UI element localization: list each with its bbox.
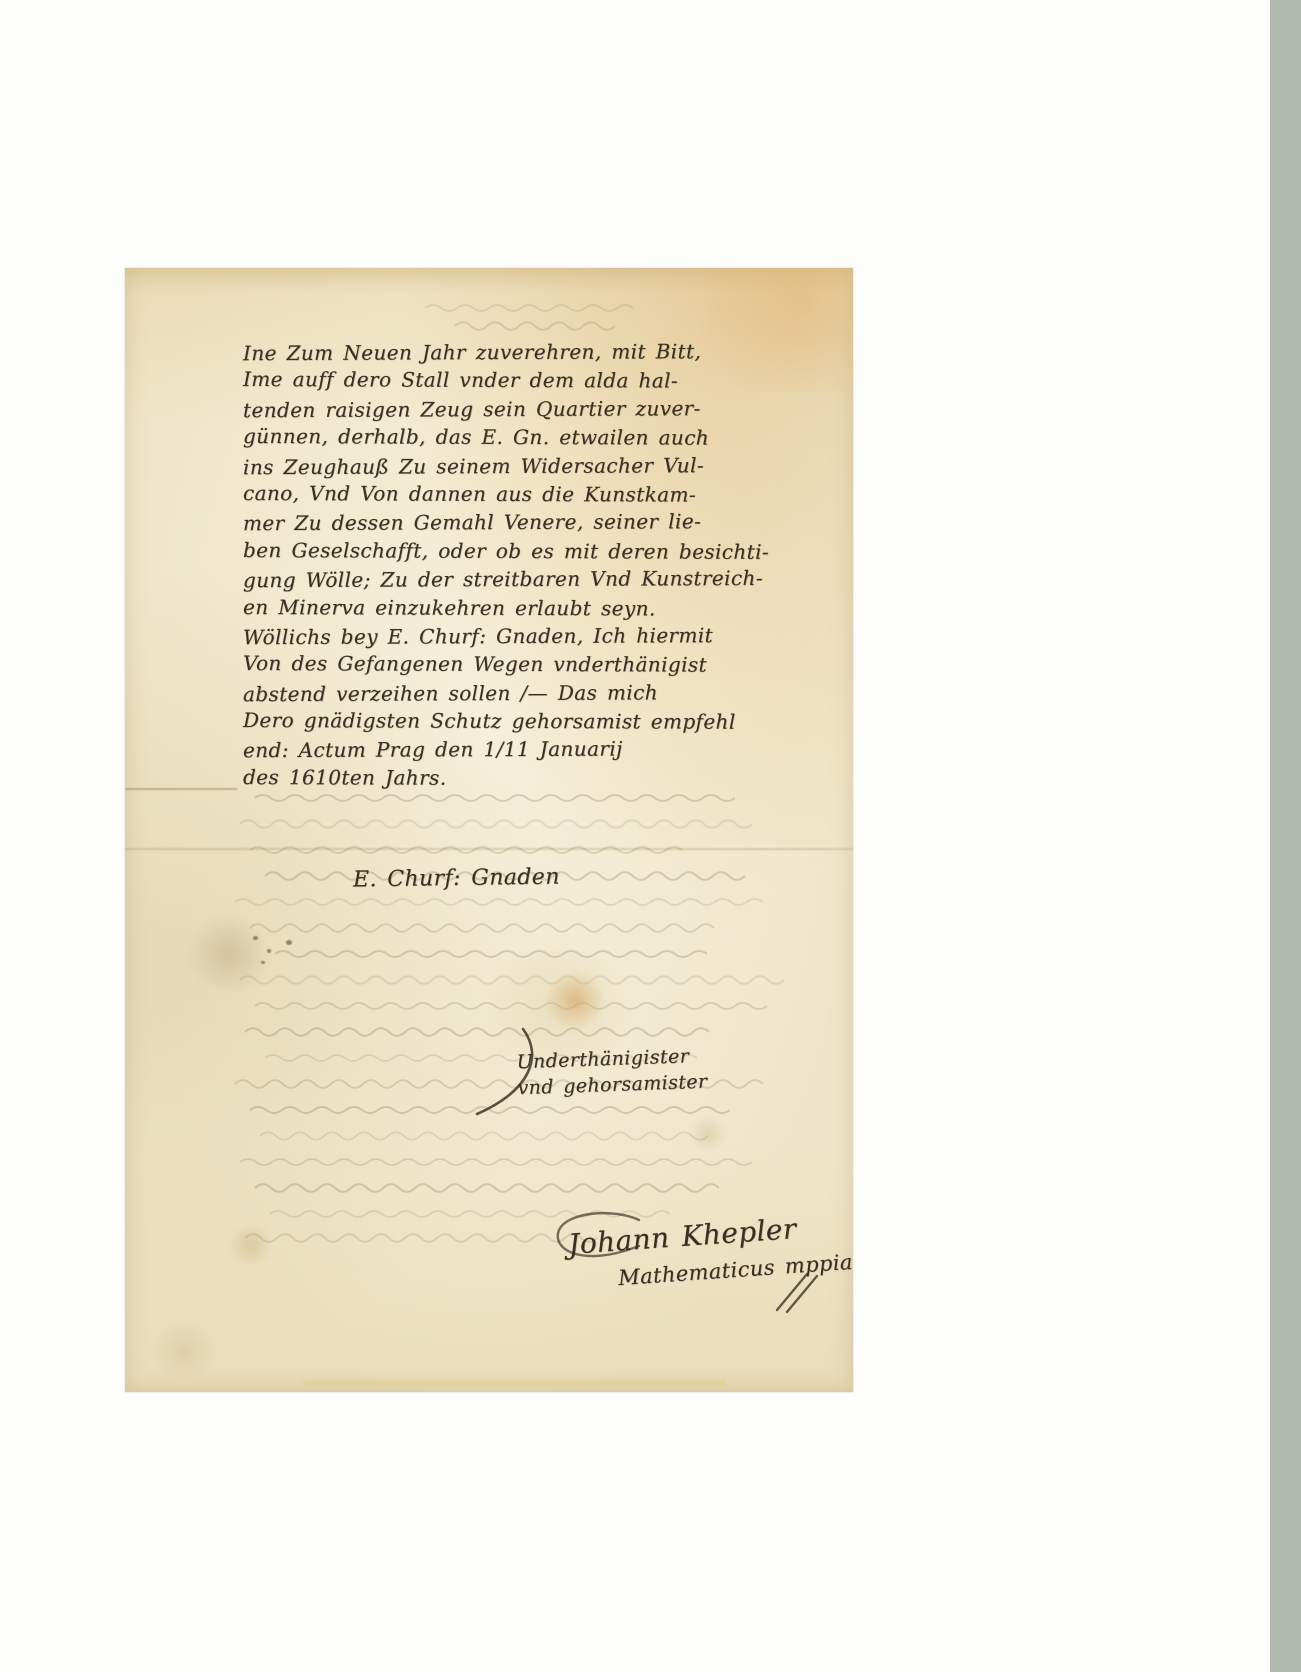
- text-line: cano, Vnd Von dannen aus die Kunstkam-: [243, 479, 803, 509]
- stain-top-edge: [125, 268, 853, 294]
- ink-speck: [261, 961, 265, 964]
- text-line: gung Wölle; Zu der streitbaren Vnd Kunst…: [243, 564, 803, 595]
- ink-speck: [267, 949, 271, 953]
- text-line: abstend verzeihen sollen /— Das mich: [243, 677, 803, 708]
- text-line: Ime auff dero Stall vnder dem alda hal-: [243, 365, 803, 395]
- text-line: Ine Zum Neuen Jahr zuverehren, mit Bitt,: [243, 337, 803, 368]
- stain-bottom-edge-line: [303, 1380, 727, 1385]
- closing-line: E. Churf: Gnaden: [353, 865, 560, 893]
- stain-lower-left: [227, 1226, 275, 1264]
- stain-foxing-spot: [543, 972, 607, 1028]
- ink-speck: [253, 936, 258, 940]
- fold-crease-left: [125, 788, 237, 790]
- valediction-line: vnd gehorsamister: [517, 1069, 708, 1102]
- valediction: Underthänigister vnd gehorsamister: [516, 1043, 708, 1102]
- signature-title: Mathematicus mppia: [617, 1250, 853, 1290]
- right-accent-bar: [1270, 0, 1301, 1672]
- text-line: Wöllichs bey E. Churf: Gnaden, Ich hierm…: [243, 621, 803, 652]
- page-background: { "canvas": { "background_color": "#fdfd…: [0, 0, 1301, 1672]
- stain-bottom-corner: [147, 1326, 221, 1378]
- text-line: ins Zeughauß Zu seinem Widersacher Vul-: [243, 450, 803, 481]
- ink-speck: [286, 940, 292, 945]
- text-line: ben Geselschafft, oder ob es mit deren b…: [243, 536, 803, 566]
- text-line: des 1610ten Jahrs.: [243, 763, 803, 793]
- manuscript-page: Ine Zum Neuen Jahr zuverehren, mit Bitt,…: [125, 268, 853, 1392]
- text-line: mer Zu dessen Gemahl Venere, seiner lie-: [243, 507, 803, 538]
- text-line: günnen, derhalb, das E. Gn. etwailen auc…: [243, 422, 803, 452]
- text-line: Von des Gefangenen Wegen vnderthänigist: [243, 649, 803, 679]
- text-line: en Minerva einzukehren erlaubt seyn.: [243, 593, 803, 623]
- stain-left-blob: [183, 918, 275, 990]
- text-line: end: Actum Prag den 1/11 Januarij: [243, 734, 803, 765]
- signature-name: Johann Khepler: [567, 1212, 797, 1261]
- manuscript-text-block: Ine Zum Neuen Jahr zuverehren, mit Bitt,…: [243, 338, 803, 792]
- fold-crease-full: [125, 848, 853, 850]
- text-line: tenden raisigen Zeug sein Quartier zuver…: [243, 394, 803, 425]
- stain-right-small: [687, 1118, 729, 1150]
- text-line: Dero gnädigsten Schutz gehorsamist empfe…: [243, 706, 803, 736]
